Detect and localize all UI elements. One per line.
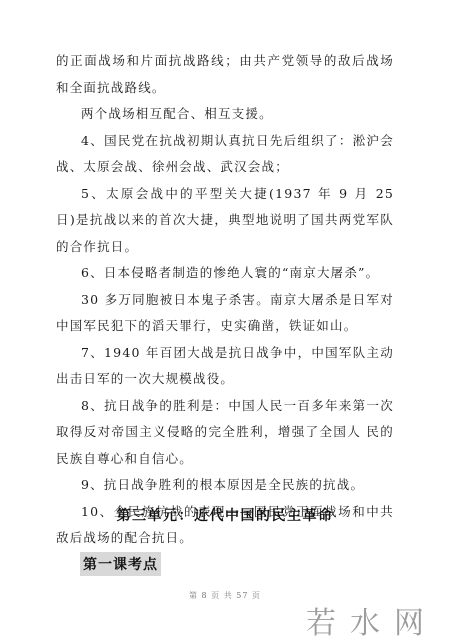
watermark-logo: 若水网 [306,598,438,636]
paragraph: 8、抗日战争的胜利是：中国人民一百多年来第一次 取得反对帝国主义侵略的完全胜利，… [56,393,394,473]
paragraph: 6、日本侵略者制造的惨绝人寰的“南京大屠杀”。 [56,260,394,287]
paragraph: 的正面战场和片面抗战路线；由共产党领导的敌后战场和全面抗战路线。 [56,48,394,101]
document-page: 的正面战场和片面抗战路线；由共产党领导的敌后战场和全面抗战路线。 两个战场相互配… [0,0,450,636]
lesson-title: 第一课考点 [80,552,161,576]
paragraph: 7、1940 年百团大战是抗日战争中，中国军队主动出击日军的一次大规模战役。 [56,340,394,393]
paragraph: 9、抗日战争胜利的根本原因是全民族的抗战。 [56,472,394,499]
paragraph: 4、国民党在抗战初期认真抗日先后组织了：淞沪会战、太原会战、徐州会战、武汉会战； [56,128,394,181]
unit-title: 第三单元：近代中国的民主革命 [0,505,450,525]
paragraph: 两个战场相互配合、相互支援。 [56,101,394,128]
paragraph: 5、太原会战中的平型关大捷(1937 年 9 月 25 日)是抗战以来的首次大捷… [56,181,394,261]
body-text: 的正面战场和片面抗战路线；由共产党领导的敌后战场和全面抗战路线。 两个战场相互配… [56,48,394,552]
paragraph: 30 多万同胞被日本鬼子杀害。南京大屠杀是日军对中国军民犯下的滔天罪行，史实确凿… [56,287,394,340]
